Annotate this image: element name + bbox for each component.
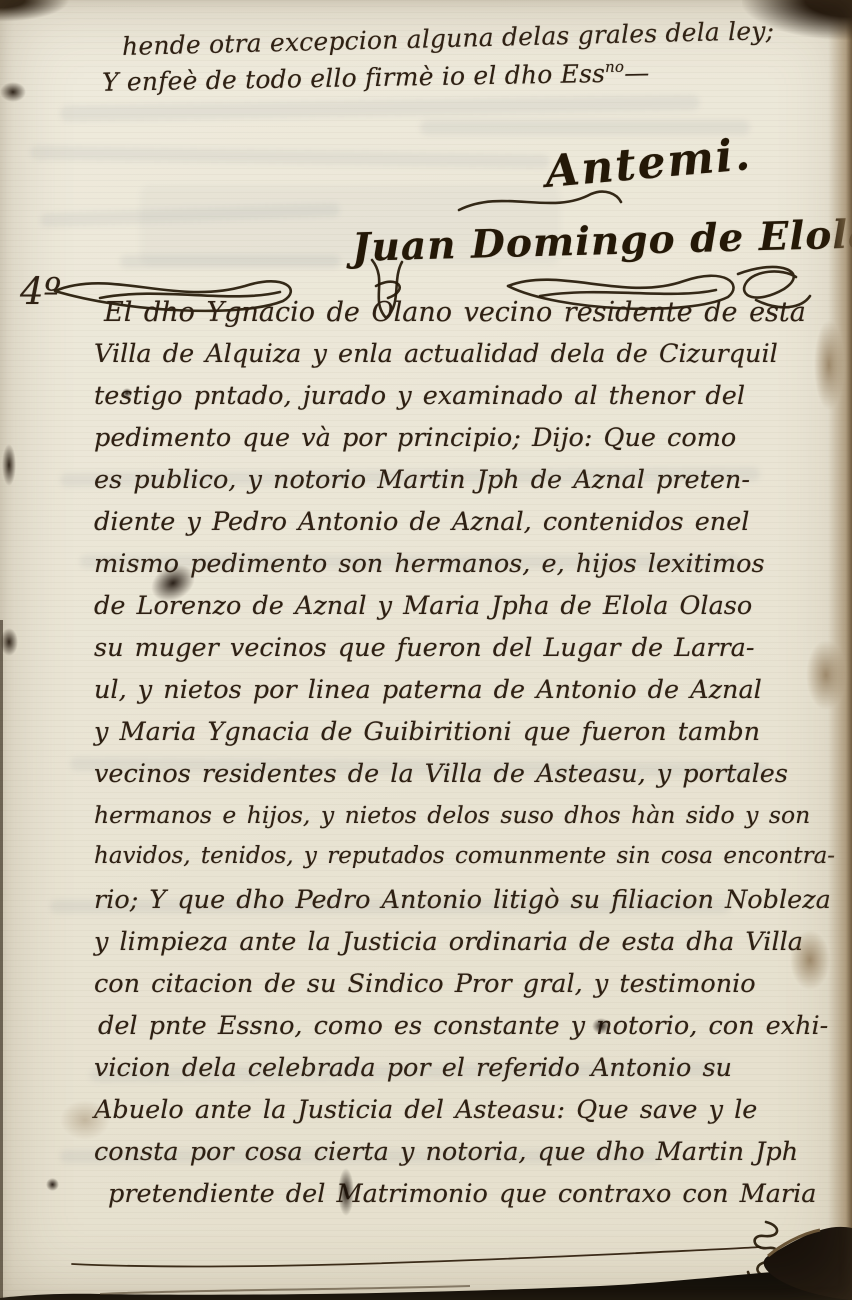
manuscript-page: hende otra excepcion alguna delas grales… — [0, 0, 852, 1300]
body-line: y Maria Ygnacia de Guibiritioni que fuer… — [94, 717, 830, 759]
abbreviation-superscript: no — [605, 58, 624, 76]
closing-line-2-dash: — — [624, 58, 650, 87]
body-line: ul, y nietos por linea paterna de Antoni… — [94, 675, 830, 717]
body-line: pedimento que và por principio; Dijo: Qu… — [94, 423, 830, 465]
body-line: rio; Y que dho Pedro Antonio litigò su f… — [94, 885, 830, 927]
body-line: testigo pntado, jurado y examinado al th… — [94, 381, 830, 423]
corner-stain-top-left — [0, 0, 70, 22]
body-line: El dho Ygnacio de Olano vecino residente… — [94, 297, 830, 339]
paper-binding-edge — [0, 620, 3, 1300]
body-line: Villa de Alquiza y enla actualidad dela … — [94, 339, 830, 381]
body-line: hermanos e hijos, y nietos delos suso dh… — [94, 801, 830, 843]
bleedthrough-stripe — [30, 145, 550, 168]
body-line: vicion dela celebrada por el referido An… — [94, 1053, 830, 1095]
paper-edge-bottom — [0, 1210, 852, 1300]
closing-line-1: hende otra excepcion alguna delas grales… — [122, 16, 775, 61]
body-line: Abuelo ante la Justicia del Asteasu: Que… — [94, 1095, 830, 1137]
body-line: del pnte Essno, como es constante y noto… — [94, 1011, 830, 1053]
paper-edge-right-shadow — [846, 0, 852, 1300]
body-line: y limpieza ante la Justicia ordinaria de… — [94, 927, 830, 969]
closing-line-2-text: Y enfeè de todo ello firmè io el dho Ess — [102, 59, 606, 97]
body-line: de Lorenzo de Aznal y Maria Jpha de Elol… — [94, 591, 830, 633]
bleedthrough-stripe — [40, 203, 340, 227]
bleedthrough-stripe — [60, 94, 700, 121]
body-line: diente y Pedro Antonio de Aznal, conteni… — [94, 507, 830, 549]
ink-stain — [0, 82, 26, 102]
body-line: con citacion de su Sindico Pror gral, y … — [94, 969, 830, 1011]
margin-number: 4º — [20, 270, 61, 313]
closing-line-2: Y enfeè de todo ello firmè io el dho Ess… — [102, 57, 650, 97]
body-line: havidos, tenidos, y reputados comunmente… — [94, 843, 830, 885]
body-line: es publico, y notorio Martin Jph de Azna… — [94, 465, 830, 507]
ante-mi-flourish — [455, 186, 625, 220]
ink-stain — [46, 1178, 59, 1191]
body-line: vecinos residentes de la Villa de Asteas… — [94, 759, 830, 801]
testimony-paragraph: El dho Ygnacio de Olano vecino residente… — [94, 297, 830, 1221]
body-line: su muger vecinos que fueron del Lugar de… — [94, 633, 830, 675]
body-line: mismo pedimento son hermanos, e, hijos l… — [94, 549, 830, 591]
corner-stain-top-right — [742, 0, 852, 40]
ink-stain — [2, 444, 16, 486]
body-line: consta por cosa cierta y notoria, que dh… — [94, 1137, 830, 1179]
